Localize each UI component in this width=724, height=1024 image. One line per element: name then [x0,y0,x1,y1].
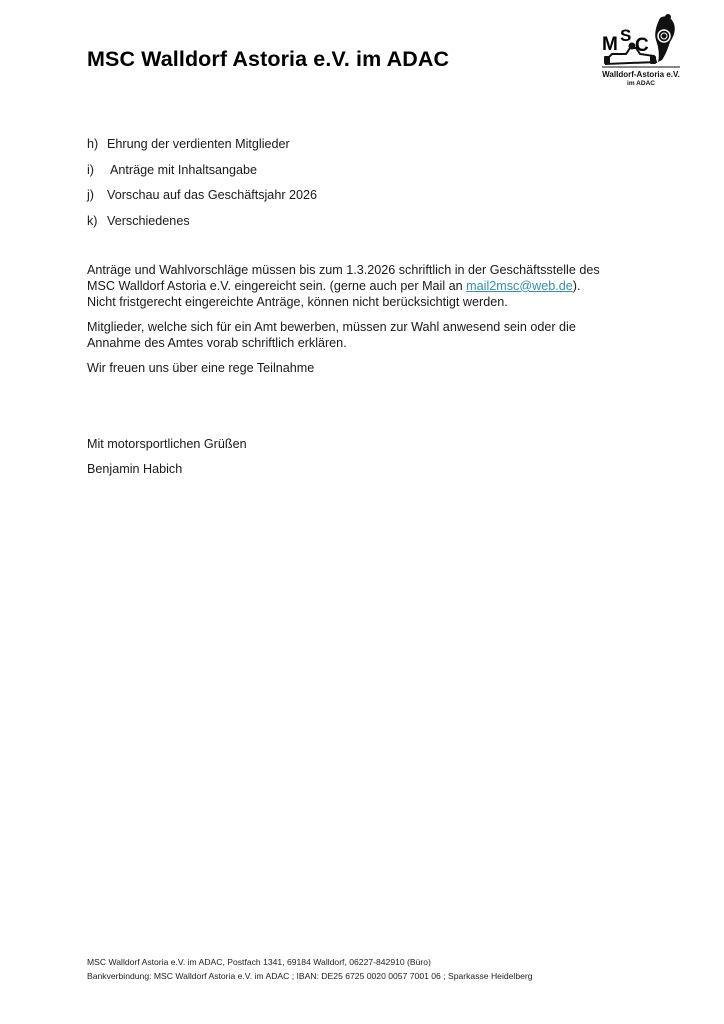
footer-bank-details: Bankverbindung: MSC Walldorf Astoria e.V… [87,969,533,983]
svg-text:M: M [602,34,618,55]
page-footer: MSC Walldorf Astoria e.V. im ADAC, Postf… [87,955,533,983]
logo-caption-line1: Walldorf-Astoria e.V. [596,70,686,79]
agenda-item: h) Ehrung der verdienten Mitglieder [87,137,317,152]
agenda-list: h) Ehrung der verdienten Mitglieder i) A… [87,137,317,239]
agenda-letter: k) [87,214,107,229]
msc-kart-motorcycle-logo-icon: M S C [596,8,686,70]
submission-line-1: Anträge und Wahlvorschläge müssen bis zu… [87,263,600,279]
closing-greeting: Mit motorsportlichen Grüßen [87,437,247,453]
signer-name: Benjamin Habich [87,462,182,478]
page-title: MSC Walldorf Astoria e.V. im ADAC [87,47,449,72]
svg-text:C: C [635,35,649,56]
submission-line-2-text: MSC Walldorf Astoria e.V. eingereicht se… [87,279,466,293]
club-logo: M S C Walldorf-Astoria e.V. im ADAC [596,8,686,92]
svg-text:S: S [620,26,631,45]
submission-line-2: MSC Walldorf Astoria e.V. eingereicht se… [87,279,600,295]
candidates-line-2: Annahme des Amtes vorab schriftlich erkl… [87,336,576,352]
agenda-text: Anträge mit Inhaltsangabe [110,163,257,178]
submission-line-2-end: ). [573,279,581,293]
candidates-paragraph: Mitglieder, welche sich für ein Amt bewe… [87,320,576,352]
agenda-item: j) Vorschau auf das Geschäftsjahr 2026 [87,188,317,203]
footer-address: MSC Walldorf Astoria e.V. im ADAC, Postf… [87,955,533,969]
agenda-text: Verschiedenes [107,214,190,229]
logo-caption-line2: im ADAC [596,80,686,87]
agenda-item: k) Verschiedenes [87,214,317,229]
agenda-text: Ehrung der verdienten Mitglieder [107,137,290,152]
agenda-letter: i) [87,163,110,178]
agenda-letter: j) [87,188,107,203]
agenda-letter: h) [87,137,107,152]
participation-note: Wir freuen uns über eine rege Teilnahme [87,361,314,377]
email-link[interactable]: mail2msc@web.de [466,279,573,293]
submission-paragraph: Anträge und Wahlvorschläge müssen bis zu… [87,263,600,310]
candidates-line-1: Mitglieder, welche sich für ein Amt bewe… [87,320,576,336]
agenda-item: i) Anträge mit Inhaltsangabe [87,163,317,178]
submission-line-3: Nicht fristgerecht eingereichte Anträge,… [87,295,600,311]
agenda-text: Vorschau auf das Geschäftsjahr 2026 [107,188,317,203]
